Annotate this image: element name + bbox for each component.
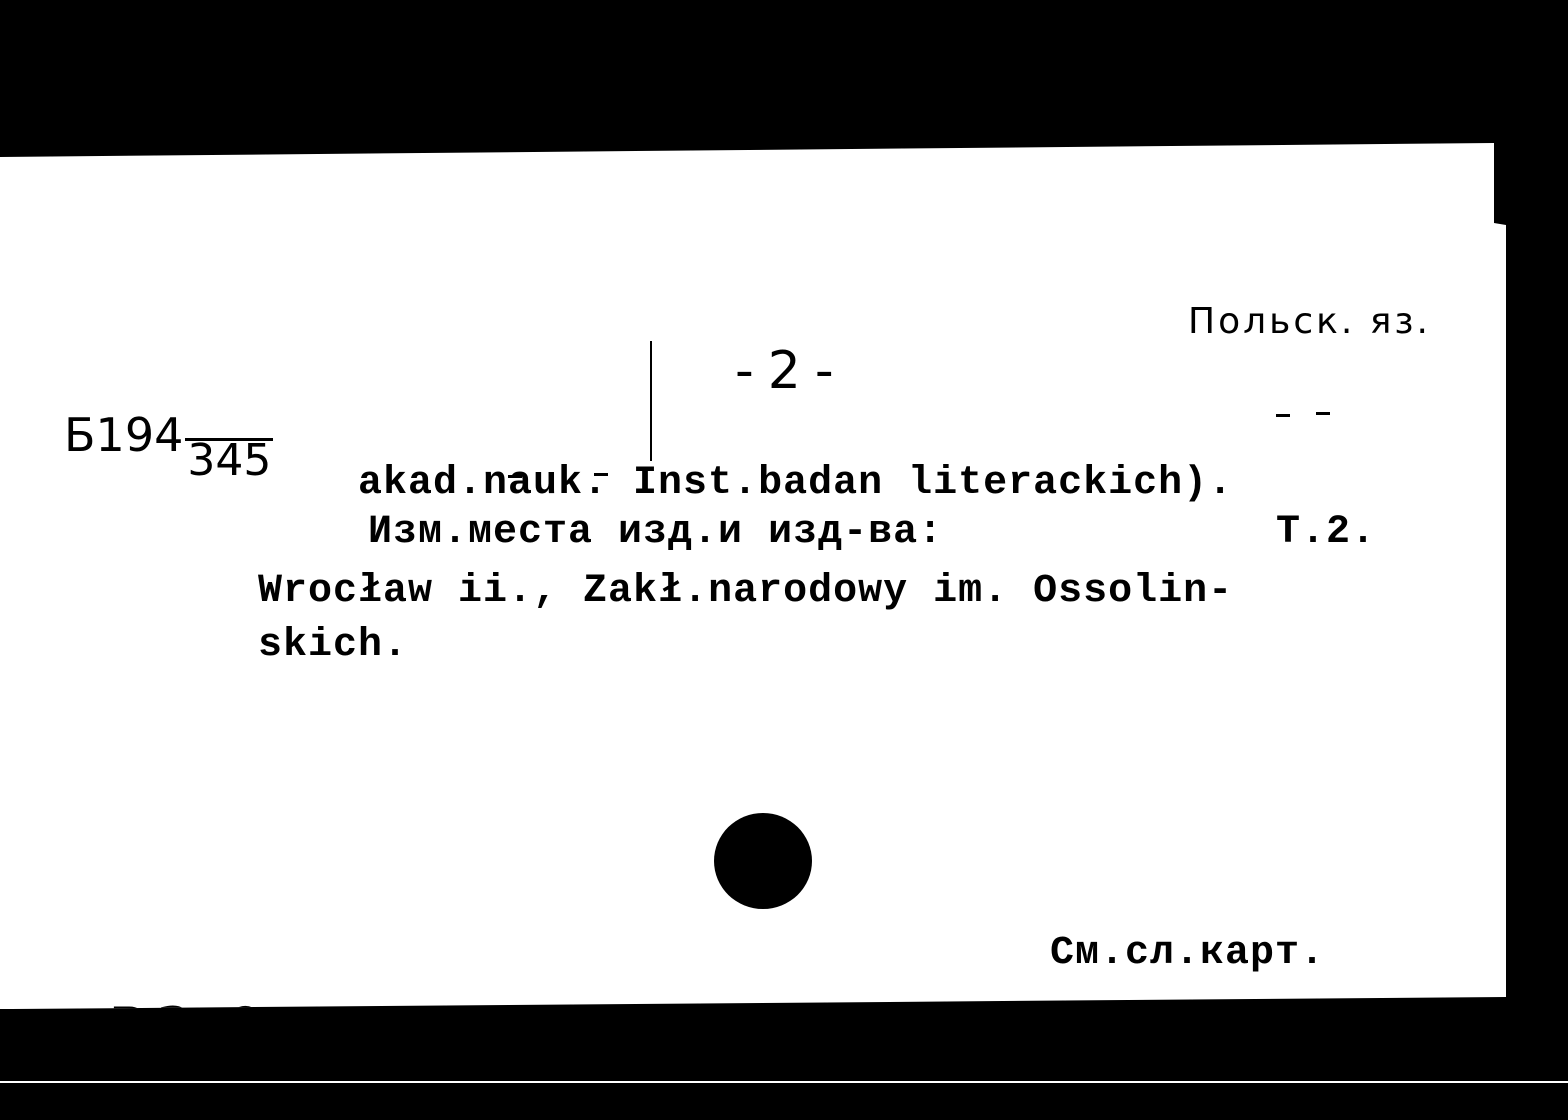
body-line-1: akad.nauk. Inst.badan literackich). [358,461,1233,506]
bracket-mark-right [594,473,608,476]
bracket-mark-left [508,475,522,478]
shelfmark-main: Б194 [64,408,183,462]
shelfmark: Б194345 [64,408,273,462]
body-line-2-text: Изм.места изд.и изд-ва: [368,510,943,555]
language-note: Польск. яз. [1188,301,1431,342]
code-right: B426 [1260,1043,1429,1116]
scan-line [0,1081,1568,1083]
volume-note: Т.2. [1276,510,1376,555]
bracket-mark-right-vol [1316,412,1330,415]
code-left: B3-9 [108,995,271,1065]
body-line-4: skich. [258,623,408,668]
body-line-3: Wrocław ii., Zakł.narodowy im. Ossolin- [258,569,1233,614]
bracket-mark-left-vol [1276,414,1290,417]
body-line-2: Изм.места изд.и изд-ва: Т.2. [368,510,943,555]
page-number: -2- [735,341,848,401]
insert-mark [650,341,652,461]
shelfmark-sub: 345 [185,438,273,481]
punch-hole [714,813,812,909]
see-next-card: См.сл.карт. [1050,931,1325,976]
